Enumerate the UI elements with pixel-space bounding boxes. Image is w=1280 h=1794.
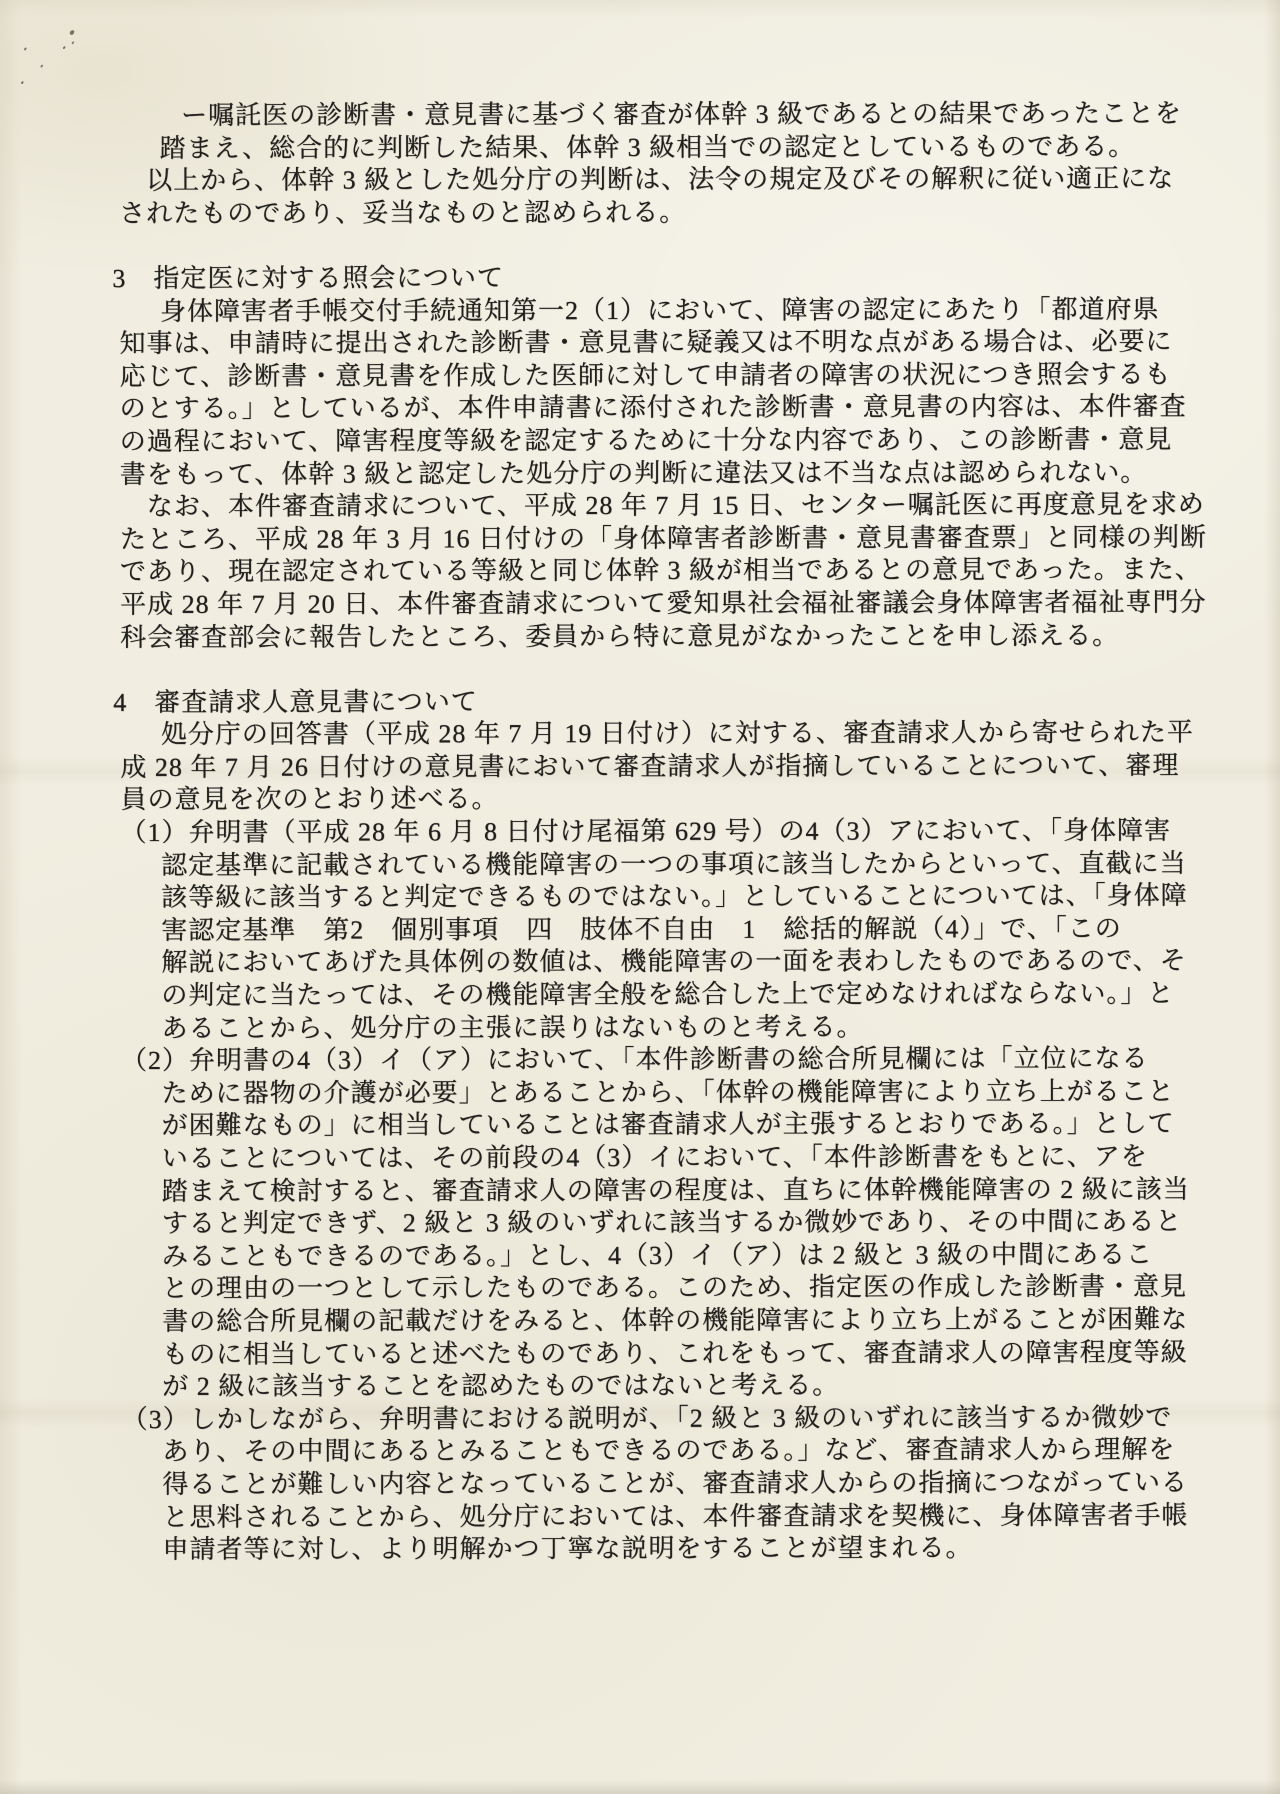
text-line: が困難なもの」に相当していることは審査請求人が主張するとおりである。」として (121, 1108, 1196, 1143)
text-line: 以上から、体幹 3 級とした処分庁の判断は、法令の規定及びその解釈に従い適正にな (119, 163, 1194, 198)
text-line: のとする。」としているが、本件申請書に添付された診断書・意見書の内容は、本件審査 (120, 391, 1195, 426)
section-4-heading: 4 審査請求人意見書について (120, 684, 1195, 719)
section-3-heading: 3 指定医に対する照会について (119, 261, 1194, 296)
section-heading-line: 3 指定医に対する照会について (112, 261, 1194, 296)
ink-smudge-marks (69, 29, 75, 35)
text-line: の過程において、障害程度等級を認定するために十分な内容であり、この診断書・意見 (120, 424, 1195, 459)
section-4-item-2: （2）弁明書の4（3）イ（ア）において、「本件診断書の総合所見欄には「立位になる… (121, 1043, 1197, 1404)
text-line: ために器物の介護が必要」とあることから、「体幹の機能障害により立ち上がること (121, 1076, 1196, 1111)
text-line: （2）弁明書の4（3）イ（ア）において、「本件診断書の総合所見欄には「立位になる (121, 1043, 1196, 1078)
text-line: 踏まえて検討すると、審査請求人の障害の程度は、直ちに体幹機能障害の 2 級に該当 (121, 1173, 1196, 1208)
text-line: 害認定基準 第2 個別事項 四 肢体不自由 1 総括的解説（4）」で、「この (121, 913, 1196, 948)
text-line: （1）弁明書（平成 28 年 6 月 8 日付け尾福第 629 号）の4（3）ア… (121, 815, 1196, 850)
text-line: いることについては、その前段の4（3）イにおいて、「本件診断書をもとに、アを (121, 1141, 1196, 1176)
text-line: 成 28 年 7 月 26 日付けの意見書において審査請求人が指摘していることに… (120, 750, 1195, 785)
scanned-document-page: ー嘱託医の診断書・意見書に基づく審査が体幹 3 級であるとの結果であったことを踏… (0, 0, 1280, 1794)
text-line: たところ、平成 28 年 3 月 16 日付けの「身体障害者診断書・意見書審査票… (120, 521, 1195, 556)
text-line: 認定基準に記載されている機能障害の一つの事項に該当したからといって、直截に当 (121, 847, 1196, 882)
section-3-paragraph-2: なお、本件審査請求について、平成 28 年 7 月 15 日、センター嘱託医に再… (120, 489, 1195, 654)
section-4-intro-paragraph: 処分庁の回答書（平成 28 年 7 月 19 日付け）に対する、審査請求人から寄… (120, 717, 1195, 817)
text-line: であり、現在認定されている等級と同じ体幹 3 級が相当であるとの意見であった。ま… (120, 554, 1195, 589)
text-line: 員の意見を次のとおり述べる。 (120, 782, 1195, 817)
text-line: との理由の一つとして示したものである。このため、指定医の作成した診断書・意見 (121, 1271, 1196, 1306)
blank-line-1 (119, 228, 1194, 263)
text-line: が 2 級に該当することを認めたものではないと考える。 (122, 1369, 1197, 1404)
text-line: なお、本件審査請求について、平成 28 年 7 月 15 日、センター嘱託医に再… (120, 489, 1195, 524)
text-line: 得ることが難しい内容となっていることが、審査請求人からの指摘につながっている (122, 1467, 1197, 1502)
text-line: 知事は、申請時に提出された診断書・意見書に疑義又は不明な点がある場合は、必要に (119, 326, 1194, 361)
text-line: みることもできるのである。」とし、4（3）イ（ア）は 2 級と 3 級の中間にあ… (121, 1239, 1196, 1274)
carryover-paragraph: ー嘱託医の診断書・意見書に基づく審査が体幹 3 級であるとの結果であったことを踏… (119, 98, 1194, 231)
section-3-paragraph-1: 身体障害者手帳交付手続通知第一2（1）において、障害の認定にあたり「都道府県知事… (119, 293, 1194, 491)
text-line: の判定に当たっては、その機能障害全般を総合した上で定めなければならない。」と (121, 978, 1196, 1013)
section-heading-line: 4 審査請求人意見書について (113, 684, 1195, 719)
text-line: （3）しかしながら、弁明書における説明が、「2 級と 3 級のいずれに該当するか… (122, 1401, 1197, 1436)
text-line: 処分庁の回答書（平成 28 年 7 月 19 日付け）に対する、審査請求人から寄… (120, 717, 1195, 752)
text-line: ー嘱託医の診断書・意見書に基づく審査が体幹 3 級であるとの結果であったことを (119, 98, 1194, 133)
text-line: 該等級に該当すると判定できるものではない。」としていることについては、「身体障 (121, 880, 1196, 915)
text-line: 書の総合所見欄の記載だけをみると、体幹の機能障害により立ち上がることが困難な (122, 1304, 1197, 1339)
text-line: されたものであり、妥当なものと認められる。 (119, 196, 1194, 231)
text-line: 書をもって、体幹 3 級と認定した処分庁の判断に違法又は不当な点は認められない。 (120, 456, 1195, 491)
text-line: あることから、処分庁の主張に誤りはないものと考える。 (121, 1010, 1196, 1045)
text-line: 平成 28 年 7 月 20 日、本件審査請求について愛知県社会福祉審議会身体障… (120, 587, 1195, 622)
text-line: すると判定できず、2 級と 3 級のいずれに該当するか微妙であり、その中間にある… (121, 1206, 1196, 1241)
text-line: ものに相当していると述べたものであり、これをもって、審査請求人の障害程度等級 (122, 1336, 1197, 1371)
document-text: ー嘱託医の診断書・意見書に基づく審査が体幹 3 級であるとの結果であったことを踏… (119, 98, 1197, 1567)
section-4-item-1: （1）弁明書（平成 28 年 6 月 8 日付け尾福第 629 号）の4（3）ア… (121, 815, 1196, 1045)
text-line: 踏まえ、総合的に判断した結果、体幹 3 級相当での認定としているものである。 (119, 130, 1194, 165)
text-line: あり、その中間にあるとみることもできるのである。」など、審査請求人から理解を (122, 1434, 1197, 1469)
blank-line-2 (120, 652, 1195, 687)
text-line: 科会審査部会に報告したところ、委員から特に意見がなかったことを申し添える。 (120, 619, 1195, 654)
text-line: 申請者等に対し、より明解かつ丁寧な説明をすることが望まれる。 (122, 1532, 1197, 1567)
section-4-item-3: （3）しかしながら、弁明書における説明が、「2 級と 3 級のいずれに該当するか… (122, 1401, 1197, 1566)
text-line: と思料されることから、処分庁においては、本件審査請求を契機に、身体障害者手帳 (122, 1499, 1197, 1534)
text-line: 応じて、診断書・意見書を作成した医師に対して申請者の障害の状況につき照会するも (120, 358, 1195, 393)
text-line: 解説においてあげた具体例の数値は、機能障害の一面を表わしたものであるので、そ (121, 945, 1196, 980)
text-line: 身体障害者手帳交付手続通知第一2（1）において、障害の認定にあたり「都道府県 (119, 293, 1194, 328)
